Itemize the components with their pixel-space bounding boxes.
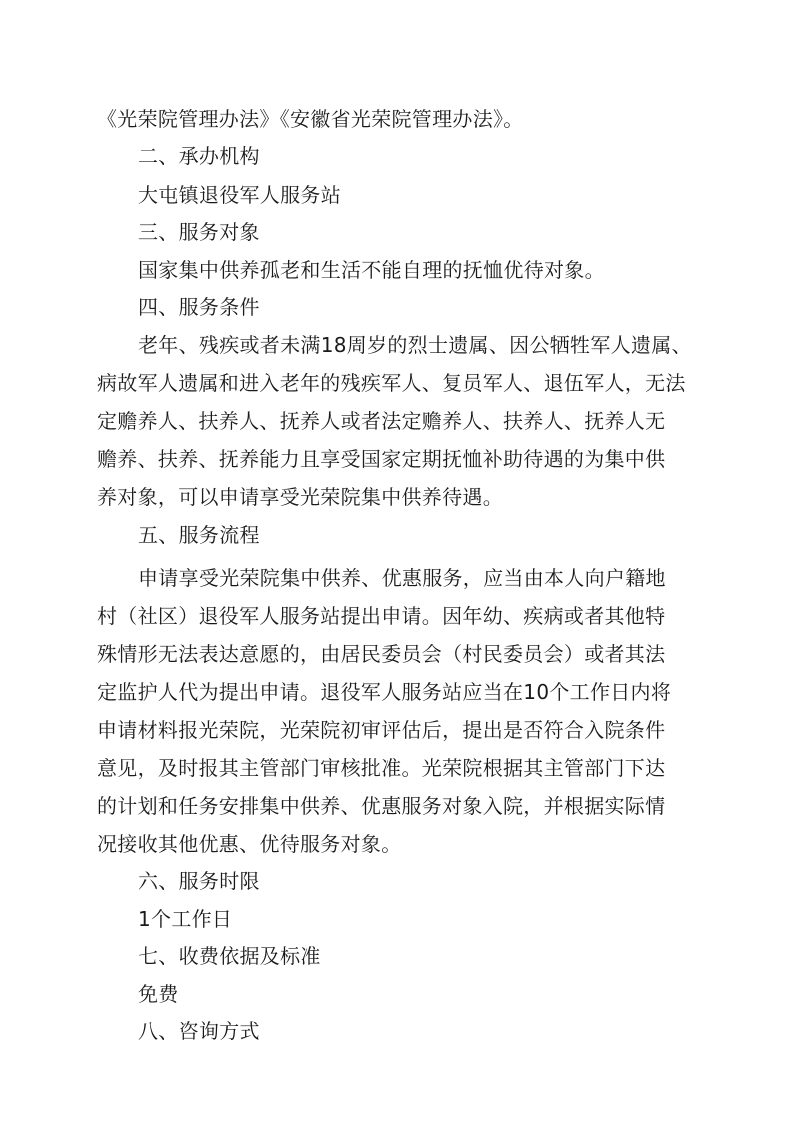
section-heading-conditions: 四、服务条件	[138, 295, 260, 319]
time-limit-value: 1个工作日	[138, 907, 232, 931]
process-line-6: 意见，及时报其主管部门审核批准。光荣院根据其主管部门下达	[97, 756, 665, 780]
section-heading-time-limit: 六、服务时限	[138, 869, 260, 893]
paragraph-line-legal-basis-end: 《光荣院管理办法》《安徽省光荣院管理办法》。	[97, 107, 524, 131]
fees-value: 免费	[138, 982, 179, 1006]
conditions-line-1: 老年、残疾或者未满18周岁的烈士遗属、因公牺牲军人遗属、	[138, 333, 692, 357]
process-line-3: 殊情形无法表达意愿的，由居民委员会（村民委员会）或者其法	[97, 642, 665, 666]
process-line-2: 村（社区）退役军人服务站提出申请。因年幼、疾病或者其他特	[97, 604, 665, 628]
process-line-4: 定监护人代为提出申请。退役军人服务站应当在10个工作日内将	[97, 680, 671, 704]
section-heading-process: 五、服务流程	[138, 523, 260, 547]
section-heading-service-target: 三、服务对象	[138, 220, 260, 244]
process-line-5: 申请材料报光荣院，光荣院初审评估后，提出是否符合入院条件	[97, 718, 665, 742]
process-line-8: 况接收其他优惠、优待服务对象。	[97, 832, 402, 856]
document-page: 《光荣院管理办法》《安徽省光荣院管理办法》。 二、承办机构 大屯镇退役军人服务站…	[0, 0, 793, 1122]
process-line-1: 申请享受光荣院集中供养、优惠服务，应当由本人向户籍地	[138, 566, 666, 590]
section-heading-organizer: 二、承办机构	[138, 144, 260, 168]
conditions-line-5: 养对象，可以申请享受光荣院集中供养待遇。	[97, 485, 503, 509]
conditions-line-3: 定赡养人、扶养人、抚养人或者法定赡养人、扶养人、抚养人无	[97, 409, 665, 433]
organizer-value: 大屯镇退役军人服务站	[138, 183, 341, 207]
process-line-7: 的计划和任务安排集中供养、优惠服务对象入院，并根据实际情	[97, 794, 665, 818]
service-target-value: 国家集中供养孤老和生活不能自理的抚恤优待对象。	[138, 258, 605, 282]
conditions-line-2: 病故军人遗属和进入老年的残疾军人、复员军人、退伍军人，无法	[97, 371, 686, 395]
section-heading-fees: 七、收费依据及标准	[138, 944, 321, 968]
conditions-line-4: 赡养、扶养、抚养能力且享受国家定期抚恤补助待遇的为集中供	[97, 447, 665, 471]
section-heading-contact: 八、咨询方式	[138, 1019, 260, 1043]
